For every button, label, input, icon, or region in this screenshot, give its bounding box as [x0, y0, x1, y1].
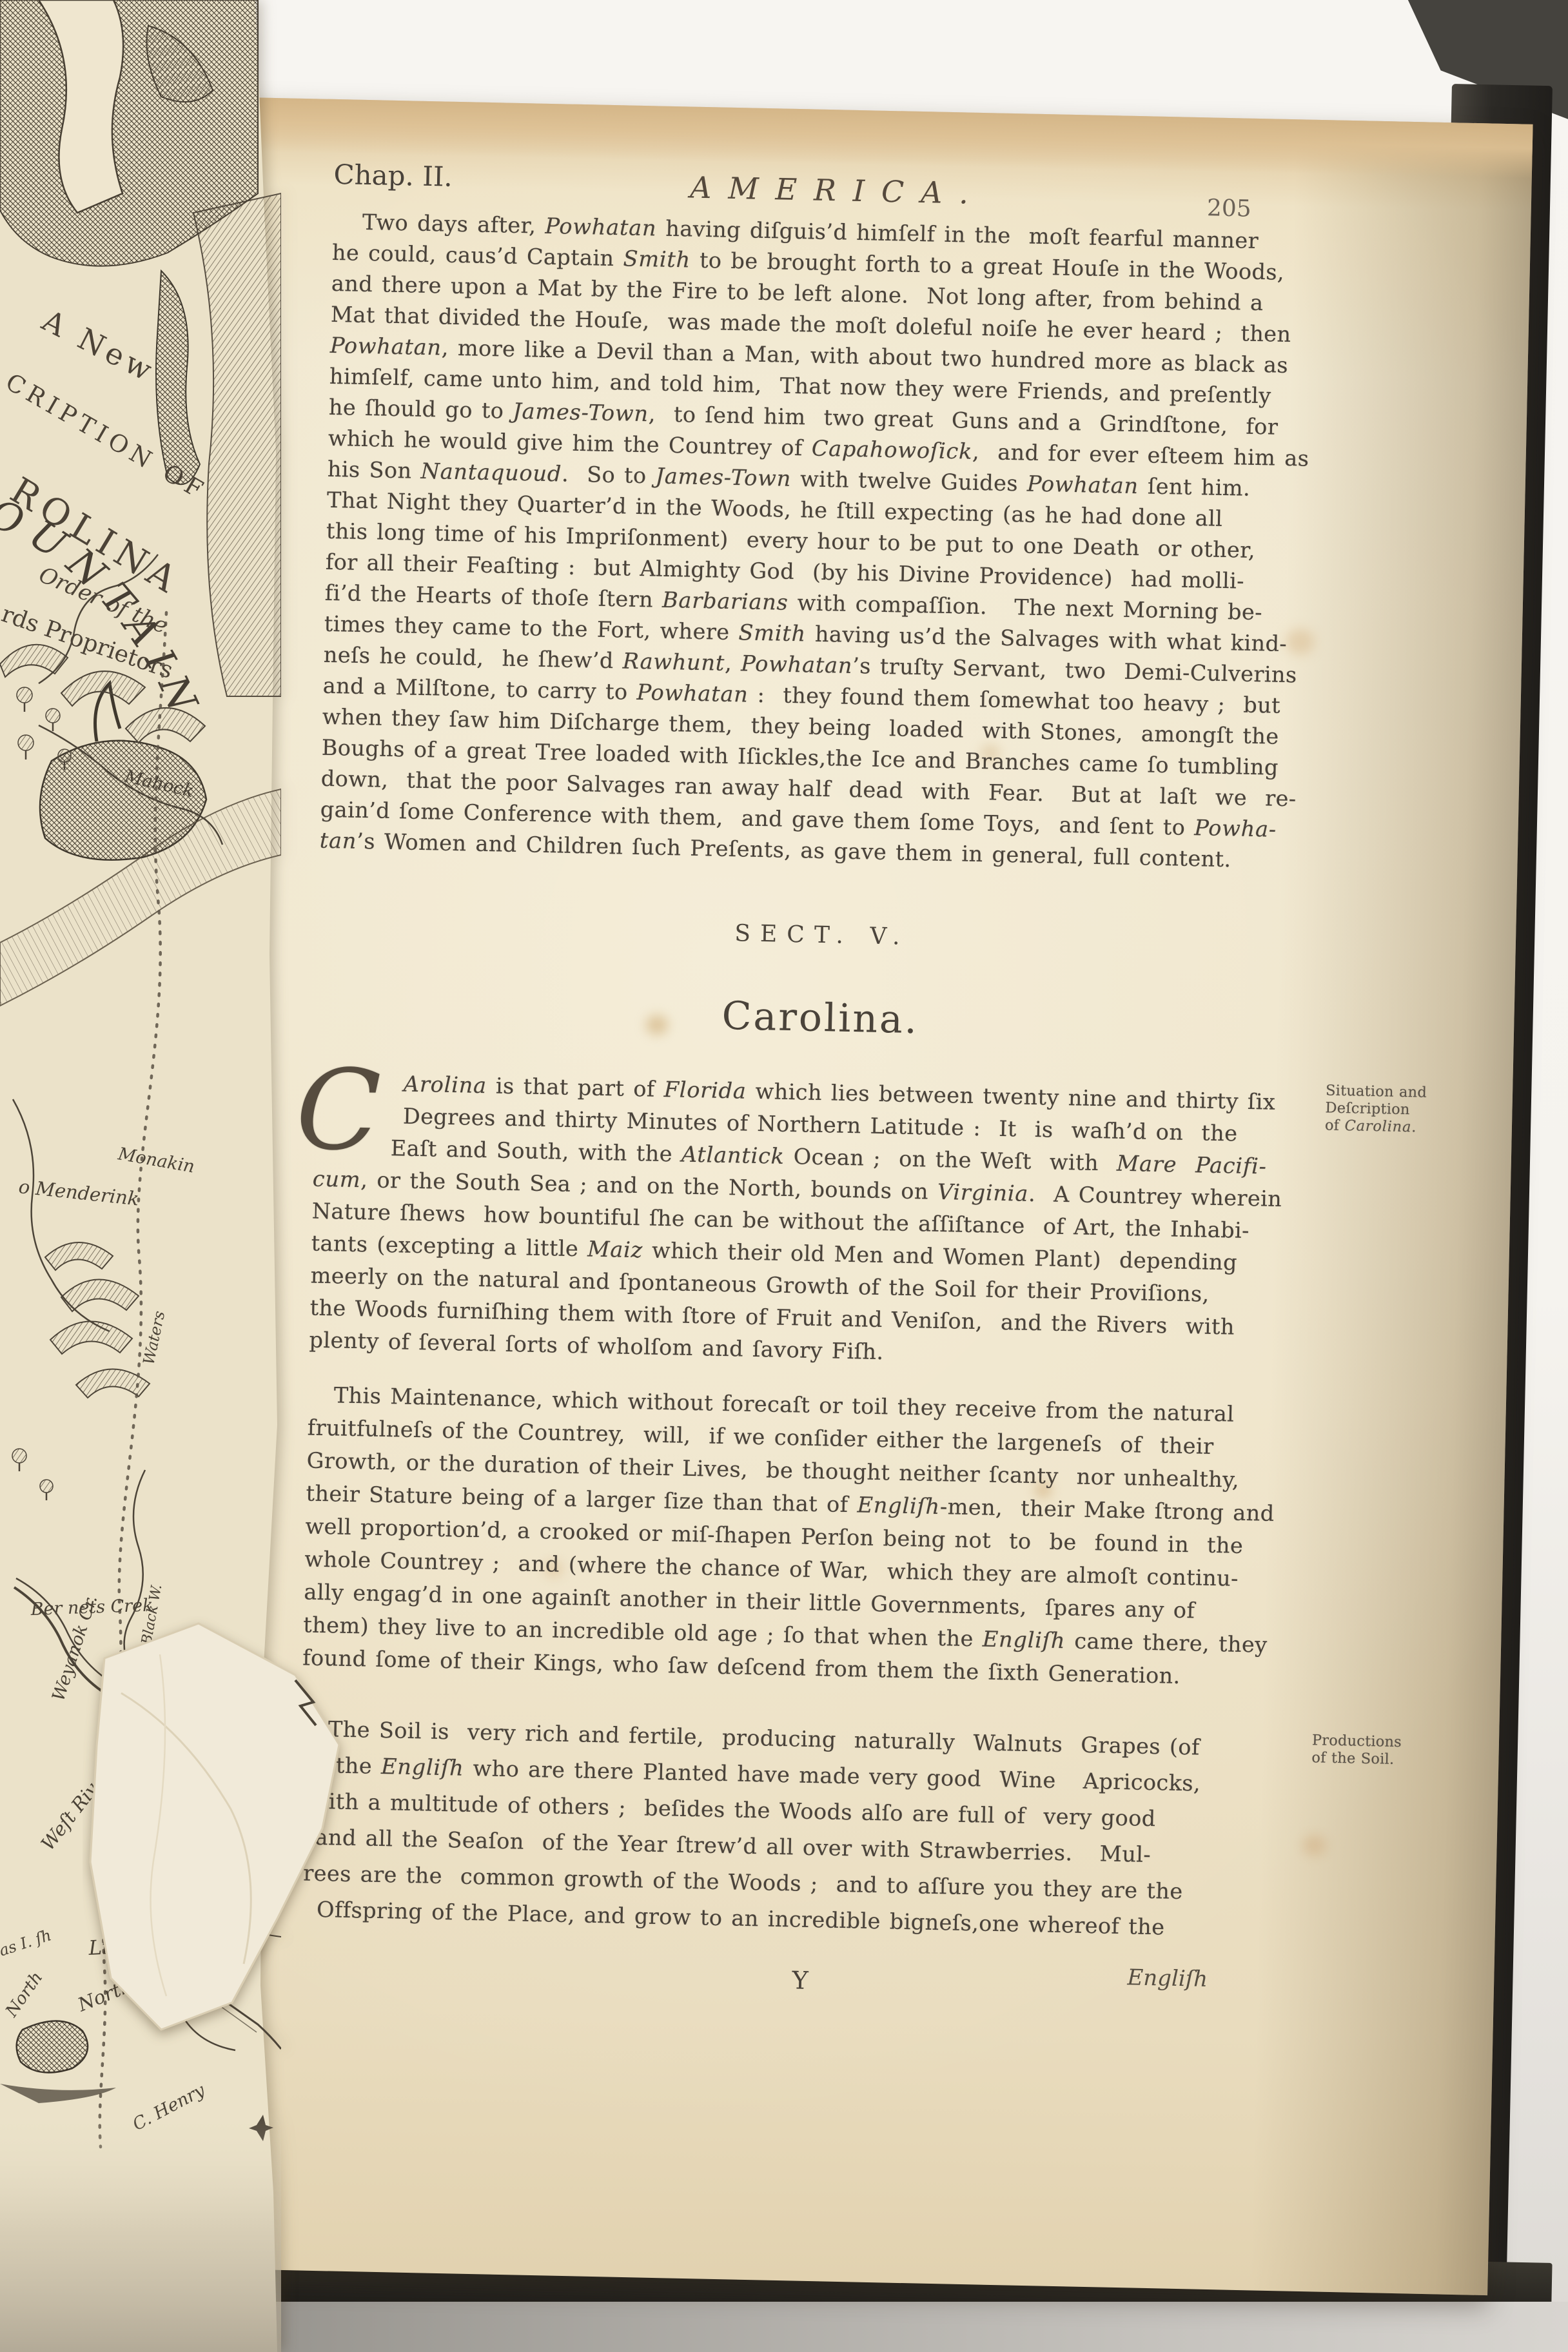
margin-note-productions: Productionsof the Soil. [1311, 1732, 1447, 1769]
torn-map-flap [83, 1616, 360, 2067]
map-bottom-shadow-wash [0, 2108, 281, 2352]
paragraph-powhatan: Two days after, Powhatan having diſguis’… [319, 206, 1341, 877]
book-photo-scene: Chap. II. AMERICA. 205 Two days after, P… [0, 0, 1568, 2352]
text-line: of Carolina. [1325, 1117, 1461, 1137]
catchword: Engliſh [1127, 1965, 1208, 1992]
paragraph-carolina-situation: Arolina is that part of Florida which li… [309, 1066, 1323, 1378]
paragraph-soil: The Soil is very rich and fertile, produ… [297, 1710, 1310, 1948]
book-page: Chap. II. AMERICA. 205 Two days after, P… [168, 97, 1533, 2295]
margin-note-situation: Situation andDeſcriptionof Carolina. [1325, 1082, 1462, 1137]
paragraph-maintenance: This Maintenance, which without forecaſt… [302, 1378, 1317, 1696]
text-line: of the Soil. [1311, 1749, 1447, 1769]
table-surface [245, 2302, 1568, 2352]
section-title: Carolina. [316, 985, 1325, 1052]
page-number: 205 [1207, 195, 1252, 222]
page-text-column: Chap. II. AMERICA. 205 Two days after, P… [295, 159, 1342, 2049]
section-heading: SECT. V. [318, 912, 1327, 959]
